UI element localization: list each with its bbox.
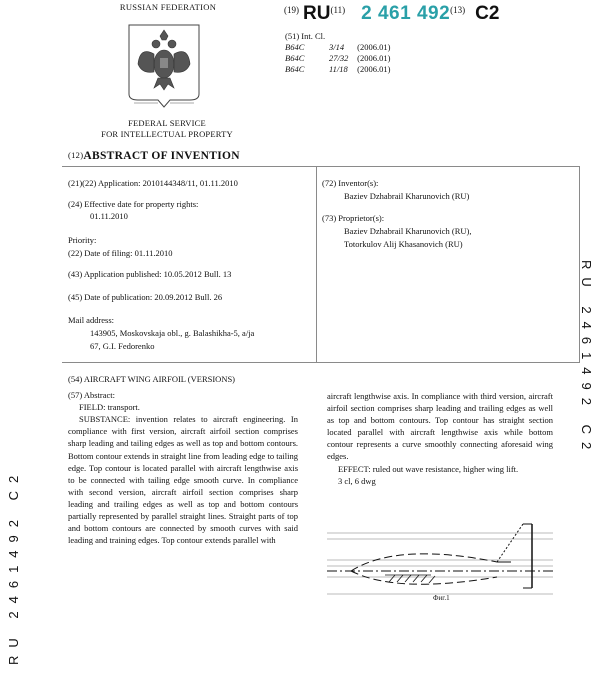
int-cl-entry: B64C3/14 (2006.01) <box>285 42 390 53</box>
substance-text: SUBSTANCE: invention relates to aircraft… <box>68 413 298 546</box>
int-classification: (51) Int. Cl. B64C3/14 (2006.01) B64C27/… <box>285 31 390 75</box>
mail-address-line2: 67, G.I. Fedorenko <box>90 340 154 352</box>
application-published: (43) Application published: 10.05.2012 B… <box>68 268 231 280</box>
document-title: (12)ABSTRACT OF INVENTION <box>68 150 240 162</box>
title-code: (12) <box>68 150 83 160</box>
proprietor-label: (73) Proprietor(s): <box>322 212 384 224</box>
application-field: (21)(22) Application: 2010144348/11, 01.… <box>68 177 238 189</box>
field-text: FIELD: transport. <box>68 401 298 413</box>
divider <box>316 166 317 363</box>
effect-text: EFFECT: ruled out wave resistance, highe… <box>327 463 553 475</box>
divider <box>62 166 580 167</box>
code-11: (11) <box>330 5 345 15</box>
publication-number: (19) RU(11) 2 461 492(13) C2 <box>284 3 499 29</box>
effective-date-label: (24) Effective date for property rights: <box>68 198 198 210</box>
abstract-column-left: (54) AIRCRAFT WING AIRFOIL (VERSIONS) (5… <box>68 373 298 546</box>
ipc-version: (2006.01) <box>357 42 390 52</box>
title-text: ABSTRACT OF INVENTION <box>83 150 239 162</box>
divider <box>62 362 580 363</box>
ipc-group: 27/32 <box>329 53 355 64</box>
russian-coat-of-arms-icon <box>128 24 200 108</box>
ipc-version: (2006.01) <box>357 53 390 63</box>
int-cl-entry: B64C11/18 (2006.01) <box>285 64 390 75</box>
proprietor-name: Totorkulov Alij Khasanovich (RU) <box>344 238 463 250</box>
int-cl-entry: B64C27/32 (2006.01) <box>285 53 390 64</box>
effective-date-value: 01.11.2010 <box>90 210 128 222</box>
country-name: RUSSIAN FEDERATION <box>88 2 248 12</box>
kind-code: C2 <box>475 3 499 24</box>
patent-number: 2 461 492 <box>361 3 450 24</box>
code-13: (13) <box>450 5 465 15</box>
filing-date: (22) Date of filing: 01.11.2010 <box>68 247 173 259</box>
ipc-class: B64C <box>285 53 329 64</box>
int-cl-label: (51) Int. Cl. <box>285 31 390 42</box>
mail-address-label: Mail address: <box>68 314 114 326</box>
ipc-class: B64C <box>285 64 329 75</box>
side-label-right: RU 2461492 C2 <box>579 260 594 457</box>
airfoil-figure: Фиг.1 <box>327 520 553 602</box>
side-label-left: RU 2461492 C2 <box>6 468 21 665</box>
mail-address-line1: 143905, Moskovskaja obl., g. Balashikha-… <box>90 327 254 339</box>
agency-line2: FOR INTELLECTUAL PROPERTY <box>86 129 248 140</box>
code-19: (19) <box>284 5 299 15</box>
ipc-group: 3/14 <box>329 42 355 53</box>
figure-caption: Фиг.1 <box>433 594 450 602</box>
publication-date: (45) Date of publication: 20.09.2012 Bul… <box>68 291 222 303</box>
inventor-label: (72) Inventor(s): <box>322 177 378 189</box>
inventor-name: Baziev Dzhabrail Kharunovich (RU) <box>344 190 469 202</box>
priority-label: Priority: <box>68 234 96 246</box>
substance-text-cont: aircraft lengthwise axis. In compliance … <box>327 390 553 463</box>
agency-line1: FEDERAL SERVICE <box>86 118 248 129</box>
abstract-label: (57) Abstract: <box>68 389 298 401</box>
invention-title: (54) AIRCRAFT WING AIRFOIL (VERSIONS) <box>68 373 298 385</box>
ipc-group: 11/18 <box>329 64 355 75</box>
country-code: RU <box>303 3 330 24</box>
claims-count: 3 cl, 6 dwg <box>327 475 553 487</box>
agency-name: FEDERAL SERVICE FOR INTELLECTUAL PROPERT… <box>86 118 248 140</box>
ipc-class: B64C <box>285 42 329 53</box>
abstract-column-right: aircraft lengthwise axis. In compliance … <box>327 390 553 487</box>
ipc-version: (2006.01) <box>357 64 390 74</box>
proprietor-name: Baziev Dzhabrail Kharunovich (RU), <box>344 225 471 237</box>
